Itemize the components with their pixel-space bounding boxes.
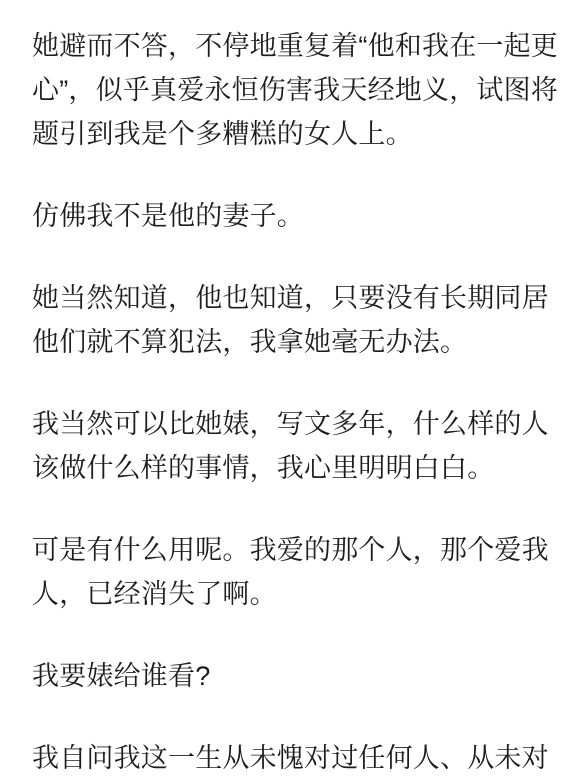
text-line: 我自问我这一生从未愧对过任何人、从未对: [32, 736, 576, 779]
paragraph: 我要婊给谁看?: [32, 654, 576, 698]
text-line: 仿佛我不是他的妻子。: [32, 194, 576, 238]
paragraph: 可是有什么用呢。我爱的那个人，那个爱我人，已经消失了啊。: [32, 528, 576, 616]
text-line: 题引到我是个多糟糕的女人上。: [32, 112, 576, 156]
text-line: 该做什么样的事情，我心里明明白白。: [32, 446, 576, 490]
paragraph: 我自问我这一生从未愧对过任何人、从未对: [32, 736, 576, 779]
text-line: 我当然可以比她婊，写文多年，什么样的人: [32, 402, 576, 446]
text-line: 他们就不算犯法，我拿她毫无办法。: [32, 320, 576, 364]
paragraph: 仿佛我不是他的妻子。: [32, 194, 576, 238]
text-line: 人，已经消失了啊。: [32, 572, 576, 616]
text-line: 她当然知道，他也知道，只要没有长期同居: [32, 276, 576, 320]
paragraph: 她避而不答，不停地重复着“他和我在一起更心”，似乎真爱永恒伤害我天经地义，试图将…: [32, 24, 576, 156]
text-line: 她避而不答，不停地重复着“他和我在一起更: [32, 24, 576, 68]
text-line: 我要婊给谁看?: [32, 654, 576, 698]
article-page: 她避而不答，不停地重复着“他和我在一起更心”，似乎真爱永恒伤害我天经地义，试图将…: [0, 0, 576, 779]
article-body: 她避而不答，不停地重复着“他和我在一起更心”，似乎真爱永恒伤害我天经地义，试图将…: [32, 24, 576, 779]
text-line: 可是有什么用呢。我爱的那个人，那个爱我: [32, 528, 576, 572]
text-line: 心”，似乎真爱永恒伤害我天经地义，试图将: [32, 68, 576, 112]
paragraph: 她当然知道，他也知道，只要没有长期同居他们就不算犯法，我拿她毫无办法。: [32, 276, 576, 364]
paragraph: 我当然可以比她婊，写文多年，什么样的人该做什么样的事情，我心里明明白白。: [32, 402, 576, 490]
